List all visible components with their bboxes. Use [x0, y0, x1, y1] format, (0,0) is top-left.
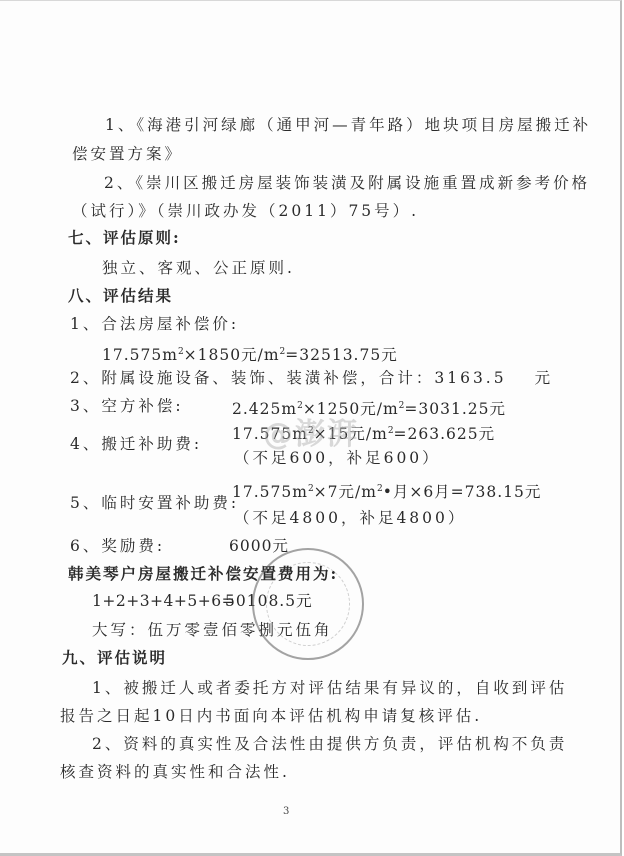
note-item-1-line-2: 报告之日起10日内书面向本评估机构申请复核评估.: [60, 706, 482, 726]
total-formula: 1+2+3+4+5+6=: [92, 591, 235, 611]
result-item-5-label: 5、临时安置补助费:: [70, 493, 239, 513]
result-item-6-value: 6000元: [229, 536, 289, 556]
result-item-2: 2、附属设施设备、装饰、装潢补偿，合计：3163.5元: [70, 368, 553, 388]
formula-text: ×1850元/m: [184, 346, 280, 364]
note-item-1-line-1: 1、被搬迁人或者委托方对评估结果有异议的，自收到评估: [92, 678, 567, 698]
result-item-2-text: 2、附属设施设备、装饰、装潢补偿，合计：3163.5: [70, 369, 507, 387]
seal-inner-ring: [266, 562, 350, 646]
result-item-2-unit: 元: [535, 369, 554, 387]
reference-item-2-line-1: 2、《崇川区搬迁房屋装饰装潢及附属设施重置成新参考价格: [104, 173, 590, 193]
result-item-1-formula: 17.575m2×1850元/m2=32513.75元: [102, 342, 398, 365]
page-number: 3: [283, 806, 289, 817]
reference-item-2-line-2: （试行）》（崇川政办发（2011）75号）.: [72, 201, 419, 221]
section-7-body: 独立、客观、公正原则.: [102, 258, 295, 278]
result-item-6-label: 6、奖励费:: [70, 536, 165, 556]
note-item-2-line-2: 核查资料的真实性和合法性.: [60, 762, 290, 782]
note-item-2-line-1: 2、资料的真实性及合法性由提供方负责，评估机构不负责: [92, 734, 567, 754]
reference-item-1-line-1: 1、《海港引河绿廊（通甲河—青年路）地块项目房屋搬迁补: [105, 115, 591, 135]
watermark: @澎湃: [263, 409, 359, 453]
result-item-4-label: 4、搬迁补助费:: [70, 434, 202, 454]
formula-text: =263.625元: [394, 425, 496, 443]
result-item-5-formula: 17.575m2×7元/m2•月×6月=738.15元: [232, 479, 541, 502]
formula-text: =3031.25元: [404, 400, 506, 418]
official-seal-stamp: [252, 548, 364, 660]
formula-text: ×7元/m: [314, 483, 377, 501]
formula-text: 17.575m: [102, 346, 178, 364]
section-8-heading: 八、评估结果: [68, 286, 173, 306]
document-page: 1、《海港引河绿廊（通甲河—青年路）地块项目房屋搬迁补 偿安置方案》 2、《崇川…: [0, 0, 622, 856]
section-9-heading: 九、评估说明: [62, 648, 167, 668]
reference-item-1-line-2: 偿安置方案》: [72, 144, 183, 164]
result-item-1-label: 1、合法房屋补偿价:: [70, 314, 239, 334]
formula-text: 17.575m: [232, 483, 308, 501]
section-7-heading: 七、评估原则:: [68, 228, 181, 248]
formula-text: =32513.75元: [285, 346, 397, 364]
formula-text: •月×6月=738.15元: [383, 483, 542, 501]
result-item-5-note: （不足4800，补足4800）: [234, 508, 466, 528]
result-item-3-label: 3、空方补偿:: [70, 396, 184, 416]
